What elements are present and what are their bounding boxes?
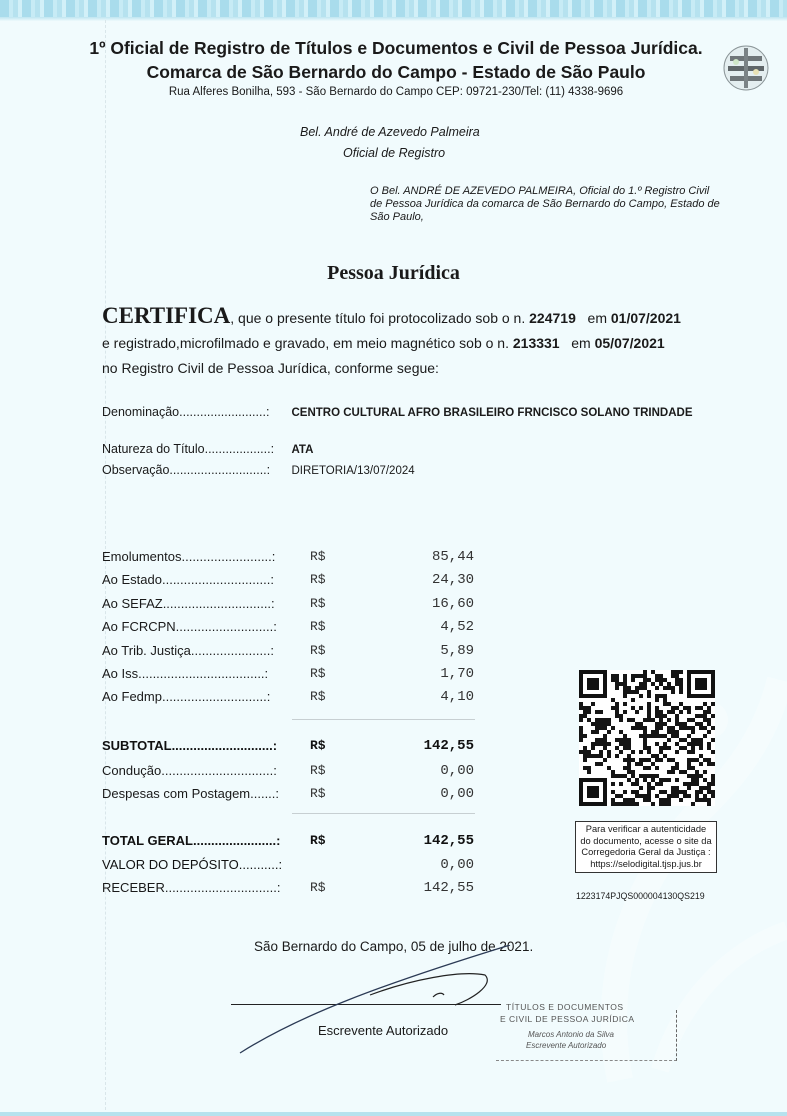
total-row: TOTAL GERAL.......................: R$ 1… bbox=[102, 833, 474, 855]
fee-row: Ao Trib. Justiça......................:R… bbox=[102, 643, 474, 665]
field-observacao: Observação............................: … bbox=[102, 463, 415, 477]
qr-code-icon[interactable] bbox=[579, 670, 715, 806]
security-paper-border-bottom bbox=[0, 1112, 787, 1116]
registrar-intro: O Bel. ANDRÉ DE AZEVEDO PALMEIRA, Oficia… bbox=[370, 185, 720, 224]
fee-amount: 4,10 bbox=[440, 689, 474, 705]
subtotal-separator bbox=[292, 719, 475, 720]
fee-amount: 1,70 bbox=[440, 666, 474, 682]
fee-amount: 16,60 bbox=[432, 596, 474, 612]
fee-amount: 5,89 bbox=[440, 643, 474, 659]
office-address: Rua Alferes Bonilha, 593 - São Bernardo … bbox=[86, 86, 706, 98]
subtotal-row: SUBTOTAL............................: R$… bbox=[102, 738, 474, 760]
protocol-number: 224719 bbox=[529, 310, 576, 326]
protocol-date: 01/07/2021 bbox=[611, 310, 681, 326]
registrar-title: Oficial de Registro bbox=[343, 146, 445, 160]
extra-row-postagem: Despesas com Postagem.......: R$ 0,00 bbox=[102, 786, 474, 808]
district-title: Comarca de São Bernardo do Campo - Estad… bbox=[86, 62, 706, 83]
registrar-name: Bel. André de Azevedo Palmeira bbox=[300, 125, 480, 139]
fee-row: Ao FCRCPN...........................:R$4… bbox=[102, 619, 474, 641]
registry-number: 213331 bbox=[513, 335, 560, 351]
fee-row: Ao Iss..................................… bbox=[102, 666, 474, 688]
fee-row: Ao SEFAZ..............................:R… bbox=[102, 596, 474, 618]
digital-seal-code: 1223174PJQS000004130QS219 bbox=[576, 891, 705, 901]
total-separator bbox=[292, 813, 475, 814]
denominacao-value: CENTRO CULTURAL AFRO BRASILEIRO FRNCISCO… bbox=[291, 407, 692, 419]
document-title: Pessoa Jurídica bbox=[0, 262, 787, 285]
fee-row: Ao Estado..............................:… bbox=[102, 572, 474, 594]
subtotal-amount: 142,55 bbox=[424, 738, 474, 754]
verification-link[interactable]: https://selodigital.tjsp.jus.br bbox=[576, 859, 716, 871]
deposit-row: VALOR DO DEPÓSITO...........: 0,00 bbox=[102, 857, 474, 879]
fee-row: Emolumentos.........................:R$8… bbox=[102, 549, 474, 571]
certifica-word: CERTIFICA bbox=[102, 303, 230, 328]
field-natureza: Natureza do Título...................: A… bbox=[102, 442, 313, 456]
observacao-value: DIRETORIA/13/07/2024 bbox=[291, 465, 414, 477]
notary-stamp: TÍTULOS E DOCUMENTOS E CIVIL DE PESSOA J… bbox=[468, 1002, 693, 1062]
extra-row-conducao: Condução...............................:… bbox=[102, 763, 474, 785]
field-denominacao: Denominação.........................: CE… bbox=[102, 405, 693, 419]
receive-amount: 142,55 bbox=[424, 880, 474, 896]
registry-date: 05/07/2021 bbox=[595, 335, 665, 351]
natureza-value: ATA bbox=[291, 444, 313, 456]
certification-paragraph: CERTIFICA, que o presente título foi pro… bbox=[102, 303, 742, 381]
fee-amount: 24,30 bbox=[432, 572, 474, 588]
office-title: 1º Oficial de Registro de Títulos e Docu… bbox=[86, 38, 706, 59]
security-paper-border bbox=[0, 0, 787, 17]
fee-row: Ao Fedmp.............................:R$… bbox=[102, 689, 474, 711]
receive-row: RECEBER...............................: … bbox=[102, 880, 474, 902]
fee-amount: 85,44 bbox=[432, 549, 474, 565]
fee-amount: 4,52 bbox=[440, 619, 474, 635]
total-amount: 142,55 bbox=[424, 833, 474, 849]
brasao-seal-icon bbox=[720, 40, 772, 96]
verification-box: Para verificar a autenticidade do docume… bbox=[575, 821, 717, 873]
